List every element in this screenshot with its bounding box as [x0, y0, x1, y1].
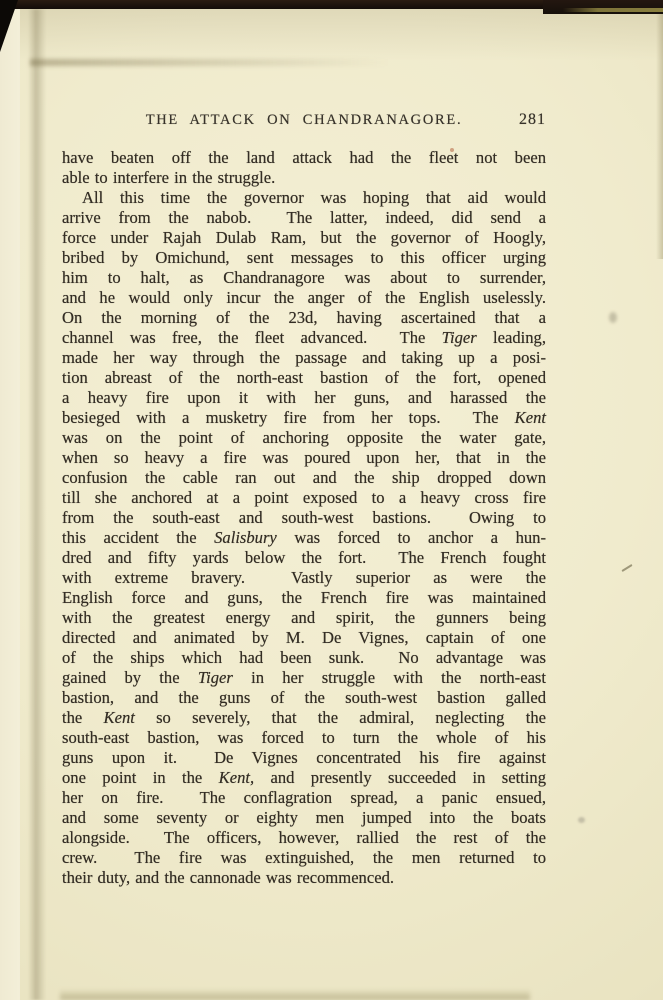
ship-name-italic: Tiger	[442, 328, 477, 347]
text-line: and he would only incur the anger of the…	[62, 288, 546, 308]
text-line: from the south-east and south-west basti…	[62, 508, 546, 528]
page-bottom-shadow	[60, 989, 530, 1000]
text-segment: gained by the	[62, 668, 198, 687]
text-line: On the morning of the 23d, having ascert…	[62, 308, 546, 328]
text-line: her on fire. The conflagration spread, a…	[62, 788, 546, 808]
text-line: bribed by Omichund, sent messages to thi…	[62, 248, 546, 268]
text-line: directed and animated by M. De Vignes, c…	[62, 628, 546, 648]
page-top-edge-shadow	[30, 59, 390, 66]
ship-name-italic: Salisbury	[214, 528, 277, 547]
text-segment: channel was free, the fleet advanced. Th…	[62, 328, 442, 347]
text-segment: bribed by Omichund, sent messages to thi…	[62, 248, 546, 267]
text-line: All this time the governor was hoping th…	[62, 188, 546, 208]
page-number: 281	[519, 111, 546, 129]
text-segment: south-east bastion, was forced to turn t…	[62, 728, 546, 747]
text-segment: arrive from the nabob. The latter, indee…	[62, 208, 546, 227]
text-segment: from the south-east and south-west basti…	[62, 508, 546, 527]
text-line: one point in the Kent, and presently suc…	[62, 768, 546, 788]
text-line: English force and guns, the French fire …	[62, 588, 546, 608]
text-line: guns upon it. De Vignes concentrated his…	[62, 748, 546, 768]
text-line: arrive from the nabob. The latter, indee…	[62, 208, 546, 228]
text-segment: leading,	[477, 328, 546, 347]
text-segment: All this time the governor was hoping th…	[82, 188, 546, 207]
text-segment: till she anchored at a point exposed to …	[62, 488, 546, 507]
text-segment: and he would only incur the anger of the…	[62, 288, 546, 307]
body-lines: have beaten off the land attack had the …	[62, 148, 546, 888]
text-line: bastion, and the guns of the south-west …	[62, 688, 546, 708]
text-segment: English force and guns, the French fire …	[62, 588, 546, 607]
text-line: channel was free, the fleet advanced. Th…	[62, 328, 546, 348]
ship-name-italic: Kent	[515, 408, 546, 427]
text-segment: the	[62, 708, 104, 727]
text-line: alongside. The officers, however, rallie…	[62, 828, 546, 848]
text-segment: so severely, that the admiral, neglectin…	[135, 708, 546, 727]
text-line: force under Rajah Dulab Ram, but the gov…	[62, 228, 546, 248]
ship-name-italic: Tiger	[198, 668, 233, 687]
running-header-title: THE ATTACK ON CHANDRANAGORE.	[62, 112, 546, 129]
text-line: made her way through the passage and tak…	[62, 348, 546, 368]
text-segment: able to interfere in the struggle.	[62, 168, 275, 187]
text-segment: one point in the	[62, 768, 219, 787]
text-line: him to halt, as Chandranagore was about …	[62, 268, 546, 288]
ship-name-italic: Kent	[104, 708, 135, 727]
text-segment: was forced to anchor a hun-	[277, 528, 546, 547]
text-line: besieged with a musketry fire from her t…	[62, 408, 546, 428]
text-segment: made her way through the passage and tak…	[62, 348, 546, 367]
text-segment: with the greatest energy and spirit, the…	[62, 608, 546, 627]
scanned-book-photo: THE ATTACK ON CHANDRANAGORE. 281 have be…	[0, 0, 663, 1000]
text-segment: him to halt, as Chandranagore was about …	[62, 268, 546, 287]
text-line: their duty, and the cannonade was recomm…	[62, 868, 546, 888]
book-cover-gilt-edge	[563, 8, 663, 12]
text-segment: crew. The fire was extinguished, the men…	[62, 848, 546, 867]
text-segment: directed and animated by M. De Vignes, c…	[62, 628, 546, 647]
text-line: when so heavy a fire was poured upon her…	[62, 448, 546, 468]
text-line: the Kent so severely, that the admiral, …	[62, 708, 546, 728]
text-segment: and some seventy or eighty men jumped in…	[62, 808, 546, 827]
running-header: THE ATTACK ON CHANDRANAGORE. 281	[62, 112, 546, 136]
text-segment: and presently succeeded in setting	[254, 768, 546, 787]
page-crease-shadow	[28, 9, 46, 1000]
text-line: tion abreast of the north-east bastion o…	[62, 368, 546, 388]
text-line: south-east bastion, was forced to turn t…	[62, 728, 546, 748]
text-segment: was on the point of anchoring opposite t…	[62, 428, 546, 447]
text-line: crew. The fire was extinguished, the men…	[62, 848, 546, 868]
text-line: have beaten off the land attack had the …	[62, 148, 546, 168]
text-line: confusion the cable ran out and the ship…	[62, 468, 546, 488]
text-segment: this accident the	[62, 528, 214, 547]
paper-speck	[578, 817, 585, 823]
page-right-edge-shadow	[656, 9, 663, 259]
text-segment: her on fire. The conflagration spread, a…	[62, 788, 546, 807]
text-segment: their duty, and the cannonade was recomm…	[62, 868, 394, 887]
text-segment: besieged with a musketry fire from her t…	[62, 408, 515, 427]
text-line: till she anchored at a point exposed to …	[62, 488, 546, 508]
text-segment: a heavy fire upon it with her guns, and …	[62, 388, 546, 407]
text-segment: in her struggle with the north-east	[233, 668, 546, 687]
page-text-block: THE ATTACK ON CHANDRANAGORE. 281 have be…	[62, 112, 546, 136]
paper-speck	[609, 312, 617, 323]
text-segment: dred and fifty yards below the fort. The…	[62, 548, 546, 567]
text-segment: when so heavy a fire was poured upon her…	[62, 448, 546, 467]
text-line: dred and fifty yards below the fort. The…	[62, 548, 546, 568]
text-segment: tion abreast of the north-east bastion o…	[62, 368, 546, 387]
ship-name-italic: Kent,	[219, 768, 255, 787]
page-top-shading	[20, 9, 663, 61]
text-line: able to interfere in the struggle.	[62, 168, 546, 188]
text-segment: force under Rajah Dulab Ram, but the gov…	[62, 228, 546, 247]
text-segment: guns upon it. De Vignes concentrated his…	[62, 748, 546, 767]
text-line: was on the point of anchoring opposite t…	[62, 428, 546, 448]
text-line: with extreme bravery. Vastly superior as…	[62, 568, 546, 588]
text-line: gained by the Tiger in her struggle with…	[62, 668, 546, 688]
text-segment: On the morning of the 23d, having ascert…	[62, 308, 546, 327]
text-segment: with extreme bravery. Vastly superior as…	[62, 568, 546, 587]
text-segment: alongside. The officers, however, rallie…	[62, 828, 546, 847]
text-line: a heavy fire upon it with her guns, and …	[62, 388, 546, 408]
text-segment: of the ships which had been sunk. No adv…	[62, 648, 546, 667]
text-line: and some seventy or eighty men jumped in…	[62, 808, 546, 828]
text-line: this accident the Salisbury was forced t…	[62, 528, 546, 548]
text-line: with the greatest energy and spirit, the…	[62, 608, 546, 628]
text-line: of the ships which had been sunk. No adv…	[62, 648, 546, 668]
text-segment: bastion, and the guns of the south-west …	[62, 688, 546, 707]
paper-scratch	[621, 564, 632, 572]
text-segment: have beaten off the land attack had the …	[62, 148, 546, 167]
text-segment: confusion the cable ran out and the ship…	[62, 468, 546, 487]
